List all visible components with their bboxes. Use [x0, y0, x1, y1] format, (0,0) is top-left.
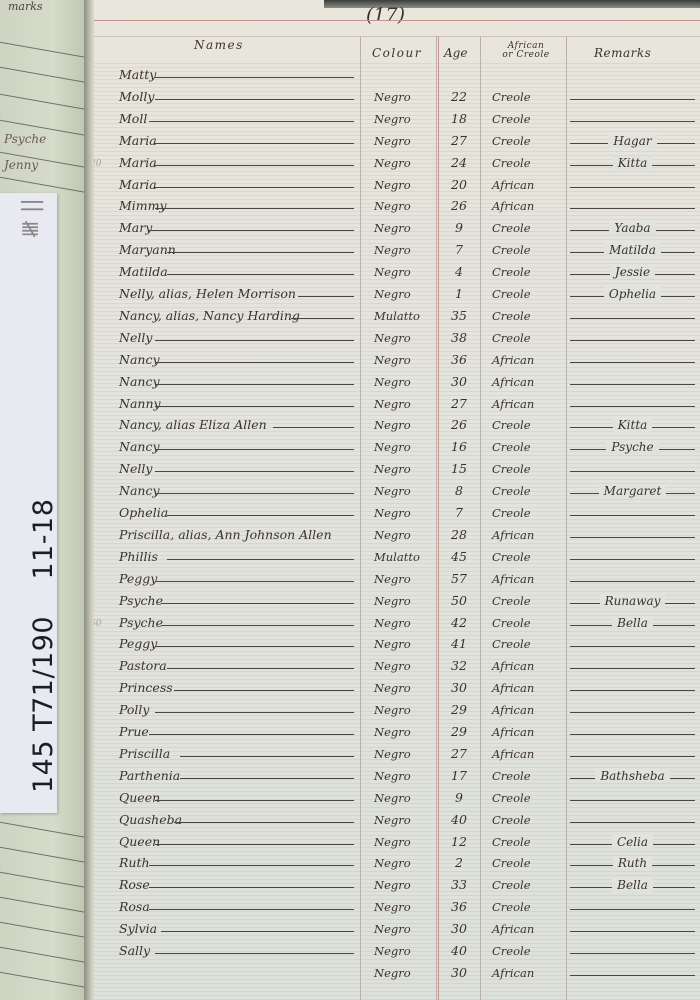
- entry-colour: Negro: [374, 506, 411, 520]
- entry-remark-text: Margaret: [599, 484, 667, 498]
- name-fill-line: [149, 230, 354, 231]
- entry-age: 40: [444, 943, 474, 958]
- name-fill-line: [149, 887, 354, 888]
- entry-colour: Negro: [374, 791, 411, 805]
- remark-fill-line: [570, 340, 695, 341]
- entry-remark: Margaret: [570, 484, 695, 498]
- remark-fill-line: [570, 800, 695, 801]
- name-fill-line: [174, 822, 354, 823]
- entry-remark: Jessie: [570, 265, 695, 279]
- remark-fill-line: [570, 822, 695, 823]
- page-number: (17): [366, 4, 405, 26]
- remark-fill-line: [570, 559, 695, 560]
- name-fill-line: [155, 340, 354, 341]
- name-fill-line: [291, 318, 354, 319]
- name-fill-line: [155, 77, 354, 78]
- name-fill-line: [161, 625, 354, 626]
- register-row: SylviaNegro30African: [94, 916, 700, 938]
- entry-remark-text: Matilda: [604, 243, 661, 257]
- name-fill-line: [155, 99, 354, 100]
- entry-colour: Negro: [374, 572, 411, 586]
- entry-origin: African: [492, 703, 534, 717]
- register-row: Nancy, alias Eliza AllenNegro26CreoleKit…: [94, 412, 700, 434]
- entry-colour: Negro: [374, 418, 411, 432]
- entry-colour: Negro: [374, 725, 411, 739]
- entry-age: 7: [444, 242, 474, 257]
- entry-age: 40: [444, 812, 474, 827]
- entry-age: 32: [444, 658, 474, 673]
- name-fill-line: [155, 406, 354, 407]
- entry-remark: Hagar: [570, 134, 695, 148]
- entry-name: Queen: [119, 834, 160, 849]
- entry-origin: Creole: [492, 813, 531, 827]
- ruled-line: [0, 970, 88, 988]
- entry-age: 30: [444, 965, 474, 980]
- entry-remark: Ophelia: [570, 287, 695, 301]
- entry-remark: Kitta: [570, 156, 695, 170]
- margin-annotation: 60: [94, 619, 101, 629]
- entry-name: Mary: [119, 220, 152, 235]
- entry-age: 1: [444, 286, 474, 301]
- register-row: 60PsycheNegro42CreoleBella: [94, 610, 700, 632]
- entry-origin: Creole: [492, 331, 531, 345]
- name-fill-line: [298, 296, 354, 297]
- name-fill-line: [155, 449, 354, 450]
- entry-colour: Negro: [374, 878, 411, 892]
- entry-colour: Negro: [374, 637, 411, 651]
- entry-age: 29: [444, 702, 474, 717]
- entry-age: 22: [444, 89, 474, 104]
- name-fill-line: [155, 800, 354, 801]
- entry-age: 36: [444, 352, 474, 367]
- name-fill-line: [155, 844, 354, 845]
- entry-remark: Matilda: [570, 243, 695, 257]
- entry-age: 57: [444, 571, 474, 586]
- entry-origin: African: [492, 178, 534, 192]
- entry-name: Moll: [119, 111, 147, 126]
- name-fill-line: [167, 515, 354, 516]
- entry-remark: Runaway: [570, 594, 695, 608]
- entry-name: Priscilla, alias, Ann Johnson Allen: [119, 527, 332, 542]
- entry-age: 8: [444, 483, 474, 498]
- register-row: MollNegro18Creole: [94, 106, 700, 128]
- column-header-age: Age: [444, 46, 467, 60]
- ruled-line: [0, 895, 88, 913]
- entry-name: Pastora: [119, 658, 167, 673]
- entry-remark-text: Bella: [612, 878, 653, 892]
- entry-colour: Negro: [374, 813, 411, 827]
- entry-age: 27: [444, 746, 474, 761]
- entry-age: 7: [444, 505, 474, 520]
- entry-colour: Negro: [374, 681, 411, 695]
- entry-remark-text: Hagar: [608, 134, 656, 148]
- remark-fill-line: [570, 187, 695, 188]
- entry-age: 17: [444, 768, 474, 783]
- register-row: MariaNegro20African: [94, 172, 700, 194]
- entry-origin: Creole: [492, 835, 531, 849]
- remark-fill-line: [570, 406, 695, 407]
- entry-remark-text: Runaway: [600, 594, 666, 608]
- register-row: RuthNegro2CreoleRuth: [94, 850, 700, 872]
- entry-origin: African: [492, 747, 534, 761]
- entry-age: 36: [444, 899, 474, 914]
- entry-name: Parthenia: [119, 768, 180, 783]
- entry-origin: Creole: [492, 484, 531, 498]
- name-fill-line: [155, 493, 354, 494]
- entry-colour: Negro: [374, 90, 411, 104]
- register-row: NellyNegro15Creole: [94, 456, 700, 478]
- entry-name: Maria: [119, 177, 157, 192]
- entry-origin: Creole: [492, 506, 531, 520]
- entry-origin: African: [492, 353, 534, 367]
- register-row: 20MariaNegro24CreoleKitta: [94, 150, 700, 172]
- entry-name: Nancy, alias Eliza Allen: [119, 417, 267, 432]
- entry-remark-text: Kitta: [613, 418, 653, 432]
- name-fill-line: [155, 953, 354, 954]
- entry-origin: Creole: [492, 156, 531, 170]
- entry-age: 12: [444, 834, 474, 849]
- register-row: QueenNegro9Creole: [94, 785, 700, 807]
- reference-number: 145 T71/190 11-18: [28, 499, 59, 793]
- entry-colour: Negro: [374, 528, 411, 542]
- entry-age: 18: [444, 111, 474, 126]
- register-row: MariaNegro27CreoleHagar: [94, 128, 700, 150]
- ruled-line: [0, 175, 88, 193]
- name-fill-line: [180, 756, 354, 757]
- remark-fill-line: [570, 537, 695, 538]
- name-fill-line: [149, 909, 354, 910]
- entry-age: 42: [444, 615, 474, 630]
- name-fill-line: [167, 274, 354, 275]
- entry-name: Rosa: [119, 899, 150, 914]
- register-row: SallyNegro40Creole: [94, 938, 700, 960]
- entry-name: Maria: [119, 133, 157, 148]
- ruled-line: [0, 870, 88, 888]
- entry-age: 33: [444, 877, 474, 892]
- name-fill-line: [155, 208, 354, 209]
- remark-fill-line: [570, 318, 695, 319]
- entry-colour: Negro: [374, 769, 411, 783]
- entry-origin: Creole: [492, 878, 531, 892]
- ruled-line: [0, 820, 88, 838]
- entry-origin: Creole: [492, 134, 531, 148]
- entry-colour: Negro: [374, 659, 411, 673]
- entry-remark: Kitta: [570, 418, 695, 432]
- entry-age: 26: [444, 198, 474, 213]
- entry-name: Peggy: [119, 636, 157, 651]
- register-row: Nelly, alias, Helen MorrisonNegro1Creole…: [94, 281, 700, 303]
- entry-colour: Negro: [374, 112, 411, 126]
- entry-colour: Negro: [374, 156, 411, 170]
- name-fill-line: [161, 931, 354, 932]
- origin-header-line2: or Creole: [490, 51, 562, 60]
- register-row: Nancy, alias, Nancy HardingMulatto35Creo…: [94, 303, 700, 325]
- entry-origin: Creole: [492, 616, 531, 630]
- entry-age: 50: [444, 593, 474, 608]
- entry-origin: Creole: [492, 900, 531, 914]
- entry-age: 9: [444, 790, 474, 805]
- column-header-names: Names: [194, 38, 244, 52]
- entry-origin: African: [492, 528, 534, 542]
- entry-name: Nancy: [119, 374, 160, 389]
- entry-colour: Negro: [374, 944, 411, 958]
- red-margin-rule: [94, 20, 700, 21]
- entry-name: Nanny: [119, 396, 161, 411]
- entry-name: Queen: [119, 790, 160, 805]
- entry-age: 28: [444, 527, 474, 542]
- entry-origin: Creole: [492, 440, 531, 454]
- entry-age: 38: [444, 330, 474, 345]
- entry-name: Sally: [119, 943, 150, 958]
- column-header-remarks: Remarks: [594, 46, 651, 60]
- entry-remark-text: Kitta: [613, 156, 653, 170]
- entry-colour: Negro: [374, 265, 411, 279]
- entry-remark-text: Jessie: [610, 265, 655, 279]
- entry-remark: Psyche: [570, 440, 695, 454]
- entry-colour: Negro: [374, 243, 411, 257]
- entry-colour: Negro: [374, 375, 411, 389]
- ruled-line: [0, 40, 88, 58]
- entry-name: Nancy, alias, Nancy Harding: [119, 308, 300, 323]
- entry-origin: Creole: [492, 243, 531, 257]
- entry-colour: Negro: [374, 922, 411, 936]
- remark-fill-line: [570, 756, 695, 757]
- entry-age: 24: [444, 155, 474, 170]
- name-fill-line: [174, 690, 354, 691]
- remark-fill-line: [570, 471, 695, 472]
- register-row: PsycheNegro50CreoleRunaway: [94, 588, 700, 610]
- entry-remark-text: Yaaba: [609, 221, 655, 235]
- name-fill-line: [155, 384, 354, 385]
- entry-colour: Negro: [374, 199, 411, 213]
- entry-remark: Bathsheba: [570, 769, 695, 783]
- entry-colour: Negro: [374, 900, 411, 914]
- entry-origin: Creole: [492, 221, 531, 235]
- entry-name: Nelly: [119, 330, 152, 345]
- entry-age: 27: [444, 133, 474, 148]
- entry-remark: Bella: [570, 878, 695, 892]
- entry-name: Ophelia: [119, 505, 168, 520]
- remark-fill-line: [570, 909, 695, 910]
- entry-name: Nelly, alias, Helen Morrison: [119, 286, 296, 301]
- entry-origin: Creole: [492, 462, 531, 476]
- entry-colour: Negro: [374, 703, 411, 717]
- entry-name: Matilda: [119, 264, 168, 279]
- entry-colour: Negro: [374, 331, 411, 345]
- register-row: PrincessNegro30African: [94, 675, 700, 697]
- entry-origin: Creole: [492, 418, 531, 432]
- register-row: NancyNegro36African: [94, 347, 700, 369]
- entry-age: 45: [444, 549, 474, 564]
- entry-origin: Creole: [492, 791, 531, 805]
- entry-name: Psyche: [119, 615, 163, 630]
- entry-age: 2: [444, 855, 474, 870]
- entry-name: Mimmy: [119, 198, 167, 213]
- register-row: MatildaNegro4CreoleJessie: [94, 259, 700, 281]
- margin-annotation: 20: [94, 159, 101, 169]
- entry-name: Priscilla: [119, 746, 170, 761]
- ruled-line: [0, 65, 88, 83]
- remark-fill-line: [570, 953, 695, 954]
- entry-name: Molly: [119, 89, 154, 104]
- entry-remark: Celia: [570, 835, 695, 849]
- name-fill-line: [155, 646, 354, 647]
- entry-name: Polly: [119, 702, 150, 717]
- name-fill-line: [167, 668, 354, 669]
- register-page: (17) Names Colour Age African or Creole …: [94, 0, 700, 1000]
- register-row: PriscillaNegro27African: [94, 741, 700, 763]
- archive-reference-label: 𝍸 || 145 T71/190 11-18: [0, 193, 57, 813]
- entry-colour: Negro: [374, 747, 411, 761]
- entry-name: Ruth: [119, 855, 150, 870]
- column-header-origin: African or Creole: [490, 42, 562, 60]
- register-row: NannyNegro27African: [94, 391, 700, 413]
- ruled-line: [0, 845, 88, 863]
- entry-colour: Negro: [374, 484, 411, 498]
- name-fill-line: [155, 143, 354, 144]
- entry-name: Psyche: [119, 593, 163, 608]
- left-page-note: Jenny: [4, 158, 38, 172]
- name-fill-line: [167, 252, 354, 253]
- entry-name: Nancy: [119, 483, 160, 498]
- entry-name: Quasheba: [119, 812, 182, 827]
- ruled-line: [0, 920, 88, 938]
- name-fill-line: [273, 427, 354, 428]
- register-row: PrueNegro29African: [94, 719, 700, 741]
- entry-remark-text: Bathsheba: [595, 769, 669, 783]
- entry-remark: Ruth: [570, 856, 695, 870]
- entry-colour: Negro: [374, 594, 411, 608]
- register-row: MaryNegro9CreoleYaaba: [94, 215, 700, 237]
- entry-colour: Negro: [374, 440, 411, 454]
- remark-fill-line: [570, 384, 695, 385]
- entry-origin: African: [492, 375, 534, 389]
- register-row: MimmyNegro26African: [94, 193, 700, 215]
- entry-name: Maryann: [119, 242, 176, 257]
- entry-origin: African: [492, 966, 534, 980]
- name-fill-line: [155, 362, 354, 363]
- entry-colour: Mulatto: [374, 550, 420, 564]
- entry-colour: Negro: [374, 178, 411, 192]
- entry-origin: African: [492, 725, 534, 739]
- entry-remark-text: Celia: [612, 835, 653, 849]
- remark-fill-line: [570, 931, 695, 932]
- entry-origin: Creole: [492, 944, 531, 958]
- ruled-line: [0, 92, 88, 110]
- entry-colour: Negro: [374, 835, 411, 849]
- entry-age: 41: [444, 636, 474, 651]
- name-fill-line: [161, 603, 354, 604]
- name-fill-line: [149, 865, 354, 866]
- name-fill-line: [155, 581, 354, 582]
- entry-name: Nelly: [119, 461, 152, 476]
- entry-origin: Creole: [492, 112, 531, 126]
- remark-fill-line: [570, 581, 695, 582]
- entry-colour: Negro: [374, 856, 411, 870]
- entry-origin: African: [492, 922, 534, 936]
- remark-fill-line: [570, 208, 695, 209]
- entry-name: Prue: [119, 724, 149, 739]
- register-row: NellyNegro38Creole: [94, 325, 700, 347]
- remark-fill-line: [570, 734, 695, 735]
- entry-origin: Creole: [492, 309, 531, 323]
- remark-fill-line: [570, 99, 695, 100]
- entry-age: 30: [444, 680, 474, 695]
- entry-name: Maria: [119, 155, 157, 170]
- tally-mark: 𝍸 ||: [14, 198, 52, 238]
- register-row: PhillisMulatto45Creole: [94, 544, 700, 566]
- entry-remark: Bella: [570, 616, 695, 630]
- register-row: NancyNegro16CreolePsyche: [94, 434, 700, 456]
- entry-origin: Creole: [492, 550, 531, 564]
- entry-age: 30: [444, 374, 474, 389]
- name-fill-line: [155, 471, 354, 472]
- register-row: Priscilla, alias, Ann Johnson AllenNegro…: [94, 522, 700, 544]
- left-page-heading: marks: [8, 0, 43, 13]
- entry-remark-text: Ophelia: [604, 287, 661, 301]
- reference-code: 145 T71/190: [28, 616, 59, 793]
- name-fill-line: [180, 778, 354, 779]
- entry-age: 15: [444, 461, 474, 476]
- register-row: Matty: [94, 62, 700, 84]
- entry-age: 20: [444, 177, 474, 192]
- register-row: NancyNegro8CreoleMargaret: [94, 478, 700, 500]
- register-row: PollyNegro29African: [94, 697, 700, 719]
- remark-fill-line: [570, 646, 695, 647]
- entry-origin: Creole: [492, 637, 531, 651]
- entry-origin: Creole: [492, 287, 531, 301]
- remark-fill-line: [570, 975, 695, 976]
- entry-age: 30: [444, 921, 474, 936]
- ruled-line: [0, 945, 88, 963]
- entry-name: Peggy: [119, 571, 157, 586]
- name-fill-line: [167, 559, 354, 560]
- register-row: PeggyNegro41Creole: [94, 631, 700, 653]
- register-row: MaryannNegro7CreoleMatilda: [94, 237, 700, 259]
- register-row: PastoraNegro32African: [94, 653, 700, 675]
- entry-age: 16: [444, 439, 474, 454]
- left-page-note: Psyche: [4, 132, 46, 146]
- entry-name: Nancy: [119, 439, 160, 454]
- entry-colour: Negro: [374, 221, 411, 235]
- register-row: PartheniaNegro17CreoleBathsheba: [94, 763, 700, 785]
- column-header-colour: Colour: [372, 46, 422, 60]
- entry-name: Nancy: [119, 352, 160, 367]
- register-row: PeggyNegro57African: [94, 566, 700, 588]
- remark-fill-line: [570, 362, 695, 363]
- entry-name: Rose: [119, 877, 150, 892]
- entry-origin: African: [492, 397, 534, 411]
- entry-colour: Negro: [374, 353, 411, 367]
- remark-fill-line: [570, 690, 695, 691]
- entry-name: Sylvia: [119, 921, 157, 936]
- reference-range: 11-18: [28, 499, 59, 580]
- entry-origin: Creole: [492, 856, 531, 870]
- entry-name: Princess: [119, 680, 173, 695]
- entry-colour: Negro: [374, 287, 411, 301]
- name-fill-line: [155, 187, 354, 188]
- entry-remark-text: Bella: [612, 616, 653, 630]
- entry-remark: Yaaba: [570, 221, 695, 235]
- remark-fill-line: [570, 121, 695, 122]
- entry-origin: Creole: [492, 265, 531, 279]
- entry-remark-text: Ruth: [613, 856, 652, 870]
- register-row: QuashebaNegro40Creole: [94, 807, 700, 829]
- entry-colour: Negro: [374, 616, 411, 630]
- entry-colour: Negro: [374, 462, 411, 476]
- name-fill-line: [155, 165, 354, 166]
- entry-age: 26: [444, 417, 474, 432]
